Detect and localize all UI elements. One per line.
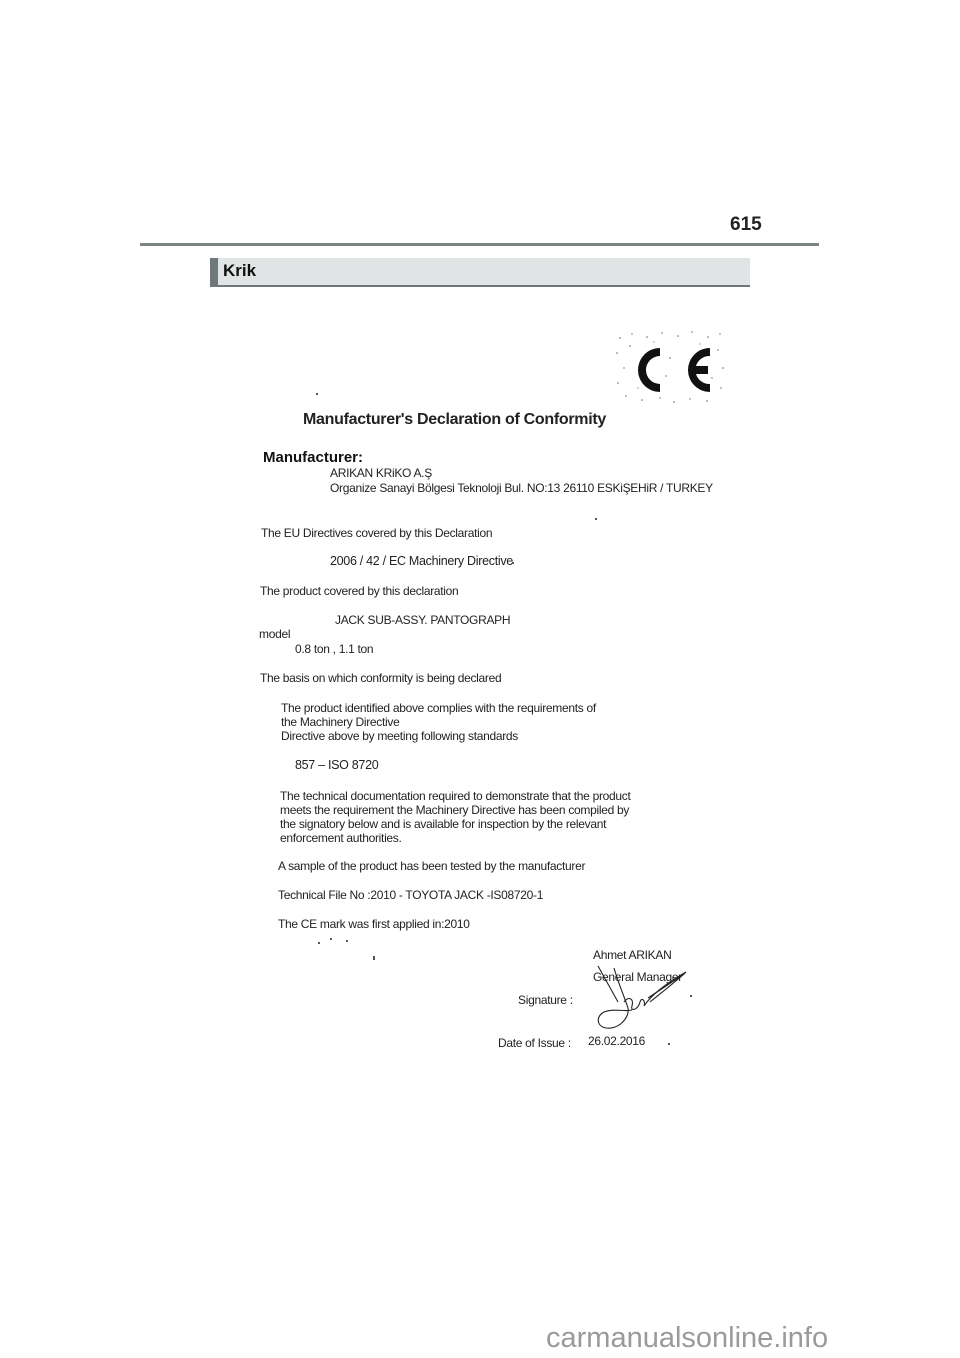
- section-accent-bar: [210, 258, 218, 285]
- tech-doc-line: The technical documentation required to …: [280, 789, 631, 803]
- signature-label: Signature :: [518, 993, 573, 1007]
- product-label: The product covered by this declaration: [260, 584, 458, 598]
- manufacturer-label: Manufacturer:: [263, 449, 363, 466]
- sample-tested: A sample of the product has been tested …: [278, 859, 585, 873]
- tech-doc-line: enforcement authorities.: [280, 831, 402, 845]
- product-name: JACK SUB-ASSY. PANTOGRAPH: [335, 613, 510, 627]
- ce-mark-icon: [612, 328, 727, 406]
- model-values: 0.8 ton , 1.1 ton: [295, 642, 373, 656]
- watermark: carmanualsonline.info: [546, 1322, 828, 1355]
- section-header: Krik: [210, 258, 750, 287]
- tech-doc-line: meets the requirement the Machinery Dire…: [280, 803, 629, 817]
- eu-directives-label: The EU Directives covered by this Declar…: [261, 526, 492, 540]
- basis-line: The product identified above complies wi…: [281, 701, 596, 715]
- declaration-title: Manufacturer's Declaration of Conformity: [303, 411, 606, 429]
- date-label: Date of Issue :: [498, 1036, 571, 1050]
- eu-directive: 2006 / 42 / EC Machinery Directive: [330, 554, 513, 568]
- basis-label: The basis on which conformity is being d…: [260, 671, 501, 685]
- standard: 857 – ISO 8720: [295, 758, 378, 772]
- basis-line: the Machinery Directive: [281, 715, 399, 729]
- signatory-name: Ahmet ARIKAN: [593, 948, 671, 962]
- signature-icon: [588, 962, 698, 1034]
- model-label: model: [259, 627, 290, 641]
- basis-line: Directive above by meeting following sta…: [281, 729, 518, 743]
- date-value: 26.02.2016: [588, 1034, 645, 1048]
- section-title: Krik: [223, 261, 256, 281]
- manufacturer-address: Organize Sanayi Bölgesi Teknoloji Bul. N…: [330, 481, 713, 495]
- ce-first-applied: The CE mark was first applied in:2010: [278, 917, 470, 931]
- manufacturer-name: ARIKAN KRiKO A.Ş: [330, 466, 432, 480]
- page-number: 615: [730, 214, 762, 236]
- tech-doc-line: the signatory below and is available for…: [280, 817, 606, 831]
- header-divider: [140, 243, 819, 246]
- technical-file: Technical File No :2010 - TOYOTA JACK -I…: [278, 888, 543, 902]
